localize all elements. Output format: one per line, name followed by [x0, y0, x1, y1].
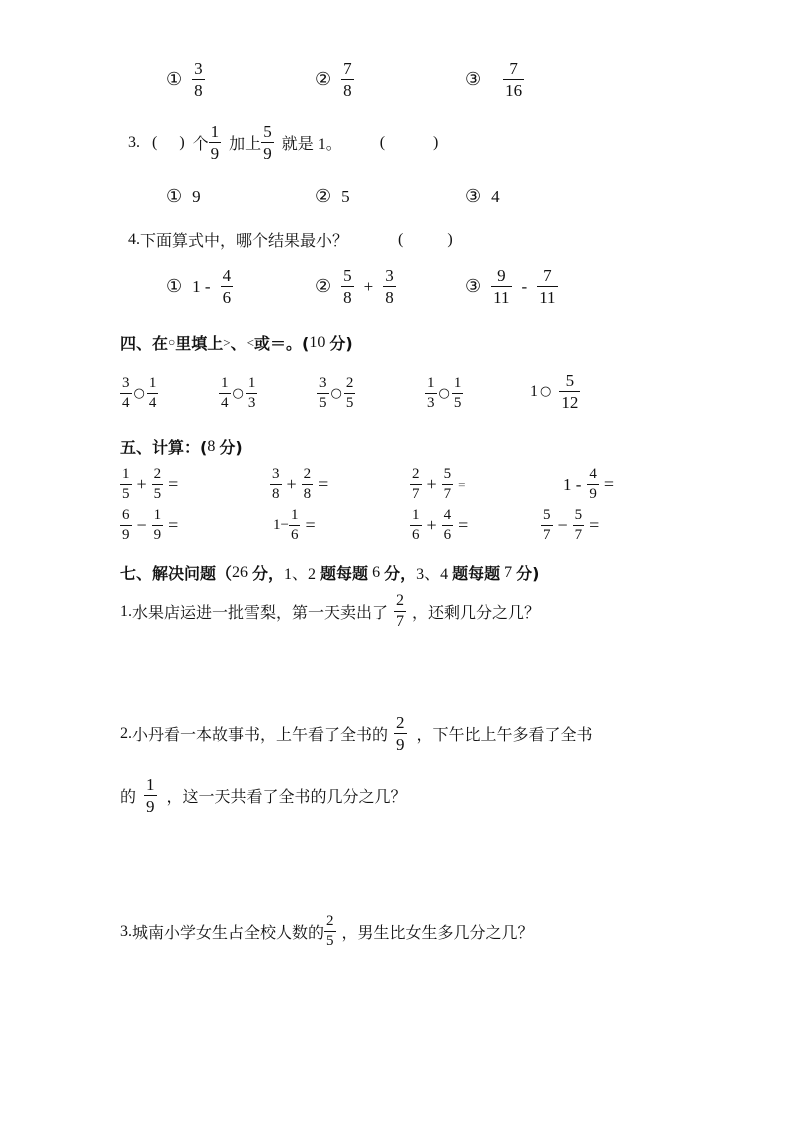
- fraction: 29: [394, 714, 407, 753]
- fraction: 711: [537, 267, 557, 306]
- compare-item-2: 14 ○ 13: [219, 376, 257, 411]
- q2-option-2: ② 78: [315, 60, 354, 99]
- section-7-heading: 七、解决问题（ 26 分， 1、2 题每题 6 分， 3、4 题每题 7 分): [120, 561, 539, 584]
- fraction: 911: [491, 267, 511, 306]
- calc-item: 1− 16 =: [273, 508, 316, 543]
- fraction: 19: [209, 123, 222, 162]
- calc-item: 27 + 57 =: [410, 467, 466, 502]
- answer-area-1[interactable]: [120, 640, 680, 700]
- compare-circle[interactable]: ○: [540, 384, 551, 399]
- calc-item: 16 + 46 =: [410, 508, 468, 543]
- word-problem-2-line-2: 的 19 ，这一天共看了全书的几分之几？: [120, 776, 407, 815]
- fraction: 58: [341, 267, 354, 306]
- compare-item-3: 35 ○ 25: [317, 376, 355, 411]
- fraction: 78: [341, 60, 354, 99]
- q3-option-2: ② 5: [315, 186, 350, 207]
- fraction: 38: [192, 60, 205, 99]
- calc-item: 1 - 49 =: [563, 467, 614, 502]
- compare-circle[interactable]: ○: [233, 386, 244, 401]
- compare-item-4: 13 ○ 15: [425, 376, 463, 411]
- fraction: 27: [394, 593, 406, 630]
- fraction: 25: [324, 914, 336, 949]
- q4-option-1: ① 1 - 46: [166, 267, 233, 306]
- question-3: 3. ( ) 个 19 加上 59 就是 1。 ( ): [128, 123, 438, 162]
- calc-item: 69 − 19 =: [120, 508, 178, 543]
- q4-option-3: ③ 911 - 711: [465, 267, 558, 306]
- calc-item: 38 + 28 =: [270, 467, 328, 502]
- answer-area-3[interactable]: [120, 965, 680, 1085]
- fraction: 46: [221, 267, 234, 306]
- compare-item-1: 34 ○ 14: [120, 376, 158, 411]
- option-mark: ③: [465, 69, 481, 90]
- compare-circle[interactable]: ○: [439, 386, 450, 401]
- fraction: 716: [503, 60, 524, 99]
- answer-area-2[interactable]: [120, 830, 680, 900]
- compare-circle[interactable]: ○: [134, 386, 145, 401]
- compare-circle[interactable]: ○: [331, 386, 342, 401]
- q3-option-1: ① 9: [166, 186, 201, 207]
- section-5-heading: 五、计算：( 8 分): [120, 435, 243, 458]
- fraction: 38: [383, 267, 396, 306]
- q3-option-3: ③ 4: [465, 186, 500, 207]
- option-mark: ①: [166, 69, 182, 90]
- q2-option-3: ③ 716: [465, 60, 524, 99]
- q2-option-1: ① 38: [166, 60, 205, 99]
- section-4-heading: 四、在 ○ 里填上 > 、 < 或＝。( 10 分): [120, 331, 353, 354]
- word-problem-1: 1. 水果店运进一批雪梨，第一天卖出了 27 ，还剩几分之几？: [120, 593, 540, 630]
- calc-item: 57 − 57 =: [541, 508, 599, 543]
- calc-item: 15 + 25 =: [120, 467, 178, 502]
- q4-option-2: ② 58 + 38: [315, 267, 396, 306]
- fraction: 59: [261, 123, 274, 162]
- word-problem-3: 3. 城南小学女生占全校人数的 25 ，男生比女生多几分之几？: [120, 914, 534, 949]
- fraction: 19: [144, 776, 157, 815]
- compare-item-5: 1 ○ 512: [530, 372, 580, 411]
- option-mark: ②: [315, 69, 331, 90]
- question-4: 4. 下面算式中，哪个结果最小？ ( ): [128, 228, 453, 251]
- word-problem-2-line-1: 2. 小丹看一本故事书，上午看了全书的 29 ，下午比上午多看了全书: [120, 714, 593, 753]
